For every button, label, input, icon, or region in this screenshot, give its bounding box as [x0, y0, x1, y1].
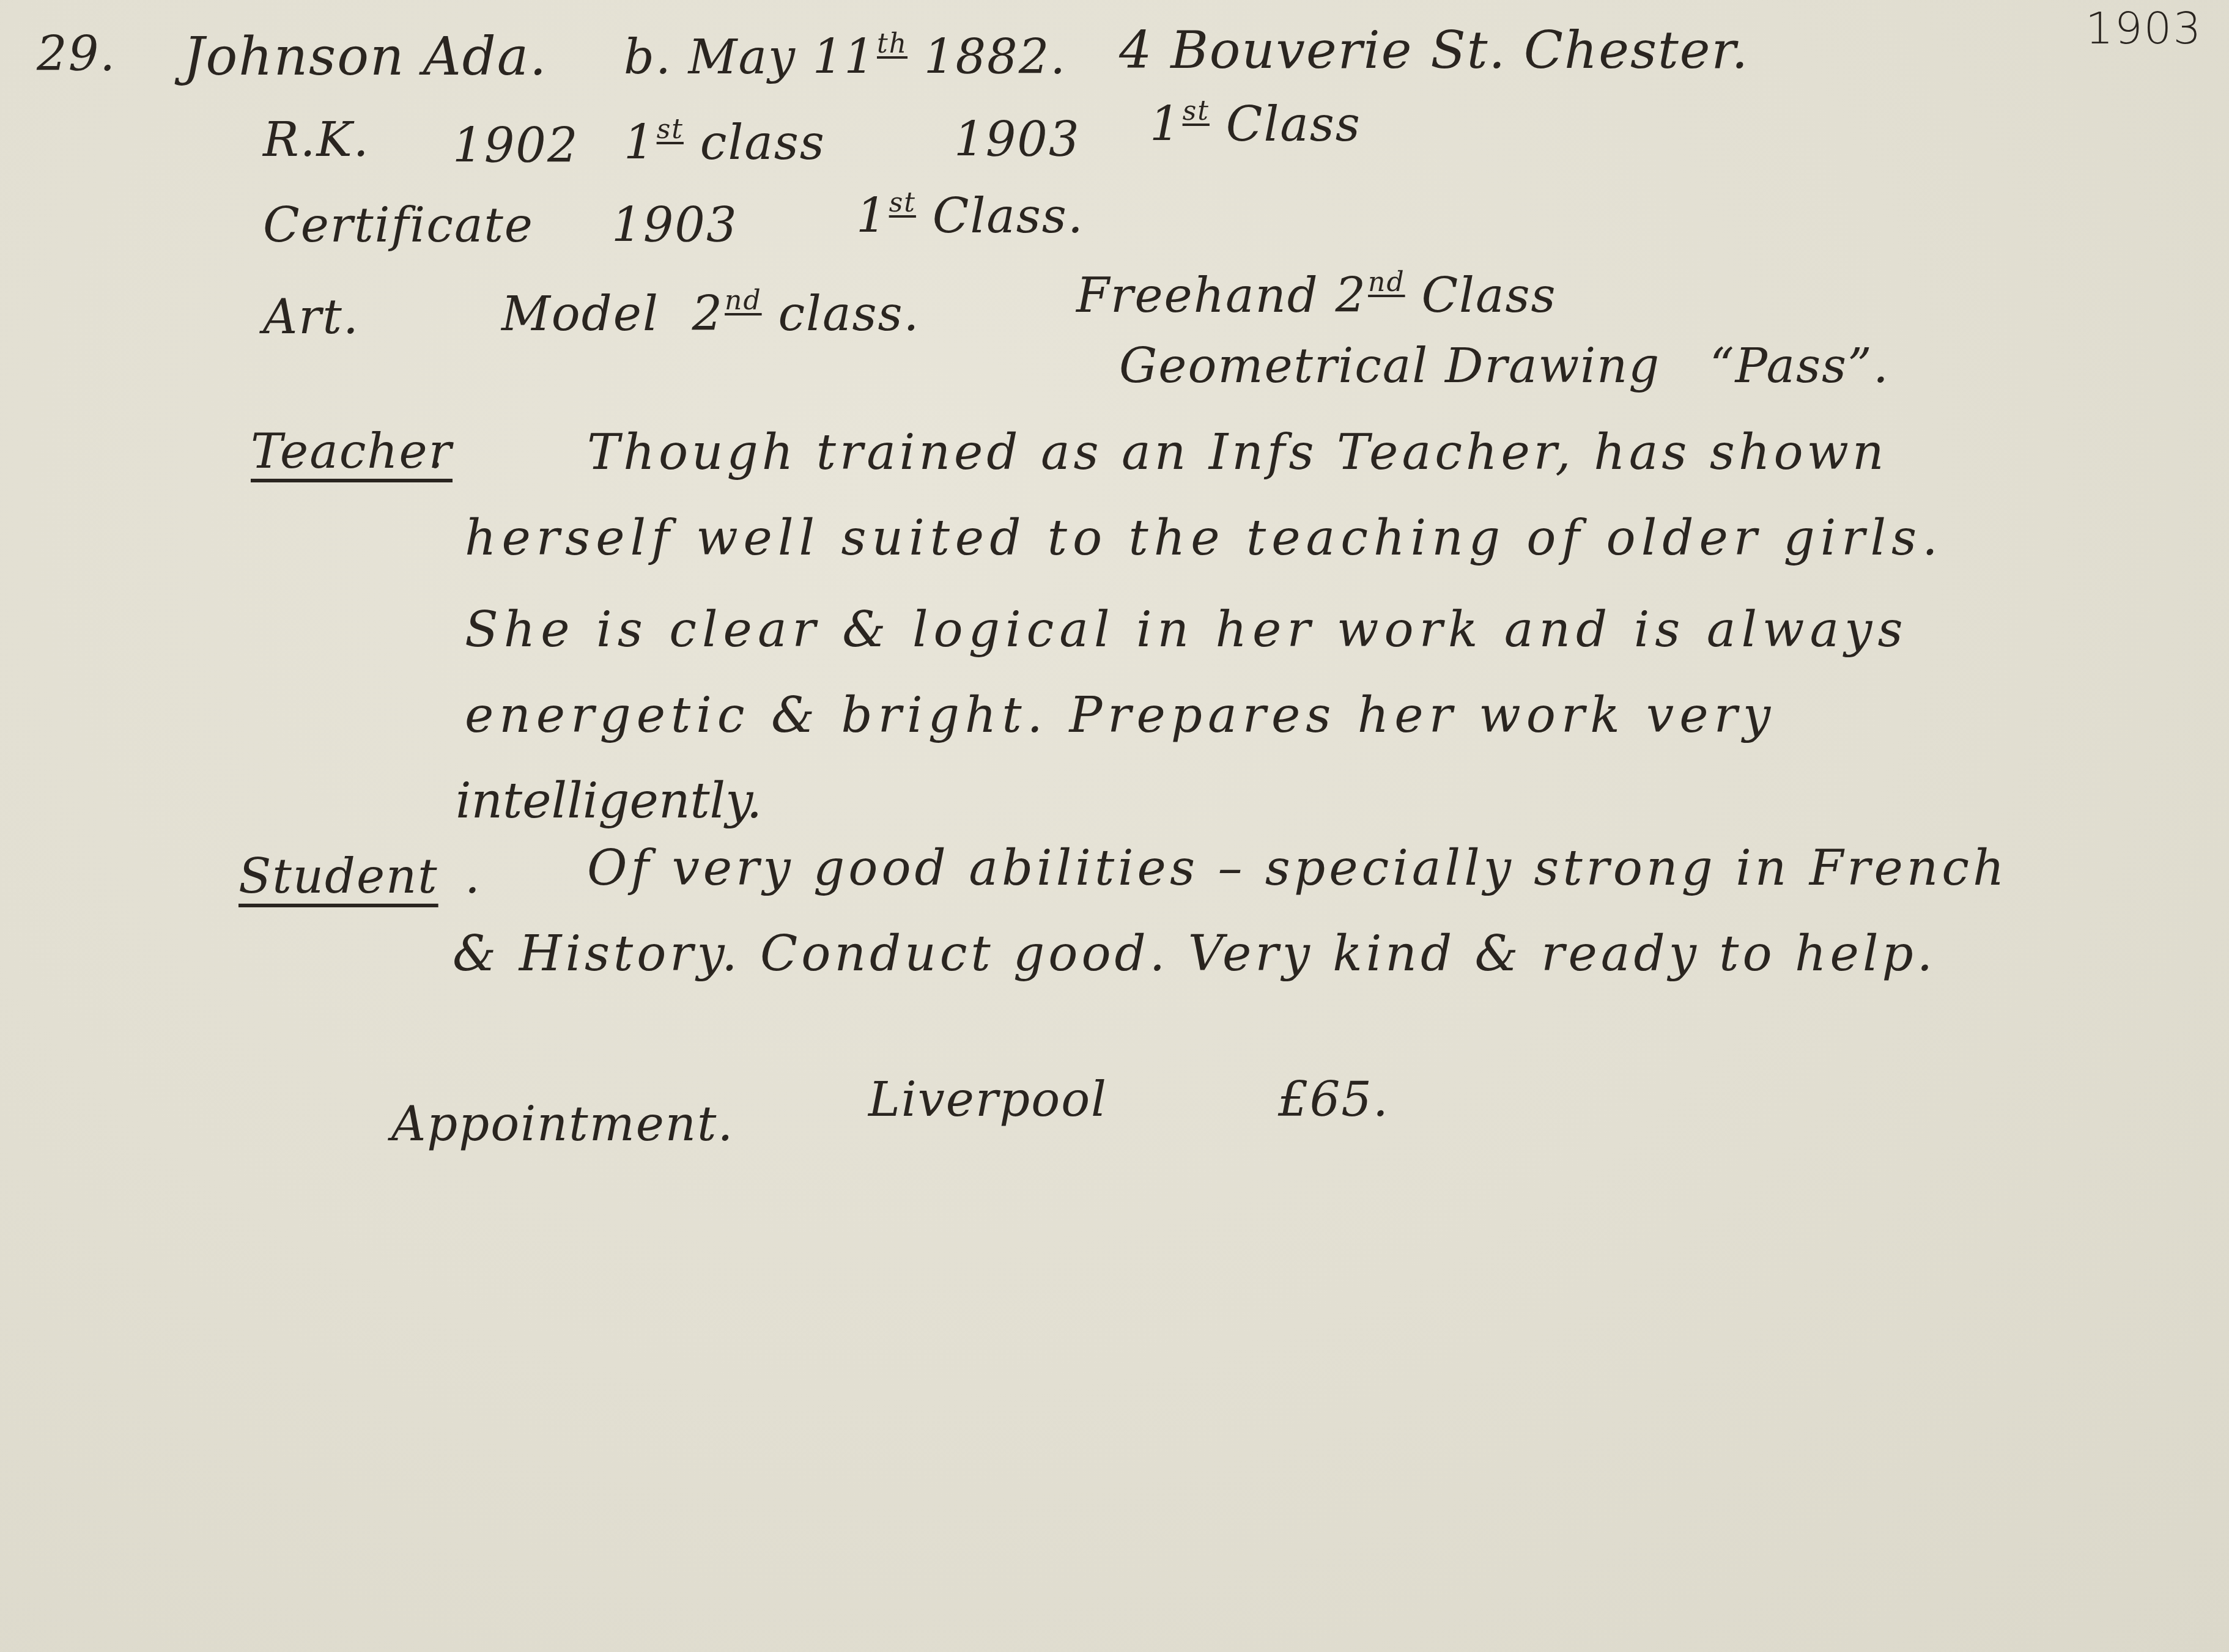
certificate-class: 1st Class.: [856, 190, 1084, 240]
geometrical-result: “Pass”.: [1710, 339, 1890, 394]
rk-1903-year: 1903: [954, 116, 1081, 164]
student-name: Johnson Ada.: [183, 31, 547, 83]
teacher-line: She is clear & logical in her work and i…: [465, 605, 1908, 654]
art-geometrical: Geometrical Drawing “Pass”.: [1119, 342, 1890, 390]
ordinal: 2: [692, 287, 723, 342]
freehand-label: Freehand: [1076, 268, 1319, 323]
class-word: Class: [1421, 268, 1556, 323]
handwritten-record-card: 29. Johnson Ada. b. May 11th 1882. 4 Bou…: [0, 0, 2229, 1652]
certificate-year: 1903: [612, 202, 738, 249]
geometrical-label: Geometrical Drawing: [1119, 339, 1660, 394]
ordinal-suffix: nd: [725, 285, 762, 316]
record-year: 1903: [2085, 6, 2202, 50]
art-freehand: Freehand 2nd Class: [1076, 269, 1557, 320]
rk-1902-class: 1st class: [624, 116, 826, 167]
certificate-label: Certificate: [263, 202, 534, 249]
ordinal: 1: [624, 116, 656, 171]
birth-date-suffix: th: [877, 28, 907, 59]
class-word: Class: [1226, 97, 1361, 152]
rk-1902-year: 1902: [453, 122, 579, 170]
teacher-line: Though trained as an Infs Teacher, has s…: [587, 428, 1888, 477]
ordinal: 2: [1335, 268, 1367, 323]
record-number: 29.: [37, 31, 116, 78]
address: 4 Bouverie St. Chester.: [1119, 24, 1749, 76]
ordinal-suffix: st: [1183, 95, 1210, 127]
birth-year: 1882.: [924, 30, 1066, 85]
appointment-place: Liverpool: [868, 1076, 1107, 1124]
birth-date-prefix: b. May 11: [624, 30, 876, 85]
birth-date: b. May 11th 1882.: [624, 31, 1066, 81]
ordinal-suffix: st: [657, 114, 684, 145]
model-label: Model: [501, 287, 659, 342]
ordinal: 1: [856, 189, 888, 244]
class-word: class: [700, 116, 826, 171]
teacher-line: herself well suited to the teaching of o…: [465, 514, 1943, 562]
appointment-label: Appointment.: [391, 1101, 734, 1148]
teacher-heading-period: .: [428, 428, 445, 476]
teacher-line: intelligently.: [456, 776, 762, 825]
teacher-line: energetic & bright. Prepares her work ve…: [465, 691, 1776, 740]
rk-1903-class: 1st Class: [1150, 98, 1361, 149]
appointment-salary: £65.: [1278, 1076, 1389, 1124]
ordinal-suffix: st: [889, 187, 916, 218]
student-line: & History. Conduct good. Very kind & rea…: [453, 929, 1936, 978]
ordinal-suffix: nd: [1368, 267, 1405, 298]
art-label: Art.: [263, 293, 360, 341]
ordinal: 1: [1150, 97, 1181, 152]
rk-label: R.K.: [263, 116, 370, 164]
student-heading-period: .: [465, 853, 481, 901]
student-heading: Student: [238, 853, 438, 901]
class-word: Class.: [933, 189, 1084, 244]
art-model: Model 2nd class.: [501, 287, 920, 338]
student-line: Of very good abilities – specially stron…: [587, 844, 2008, 893]
teacher-heading: Teacher: [251, 428, 453, 476]
class-word: class.: [778, 287, 920, 342]
